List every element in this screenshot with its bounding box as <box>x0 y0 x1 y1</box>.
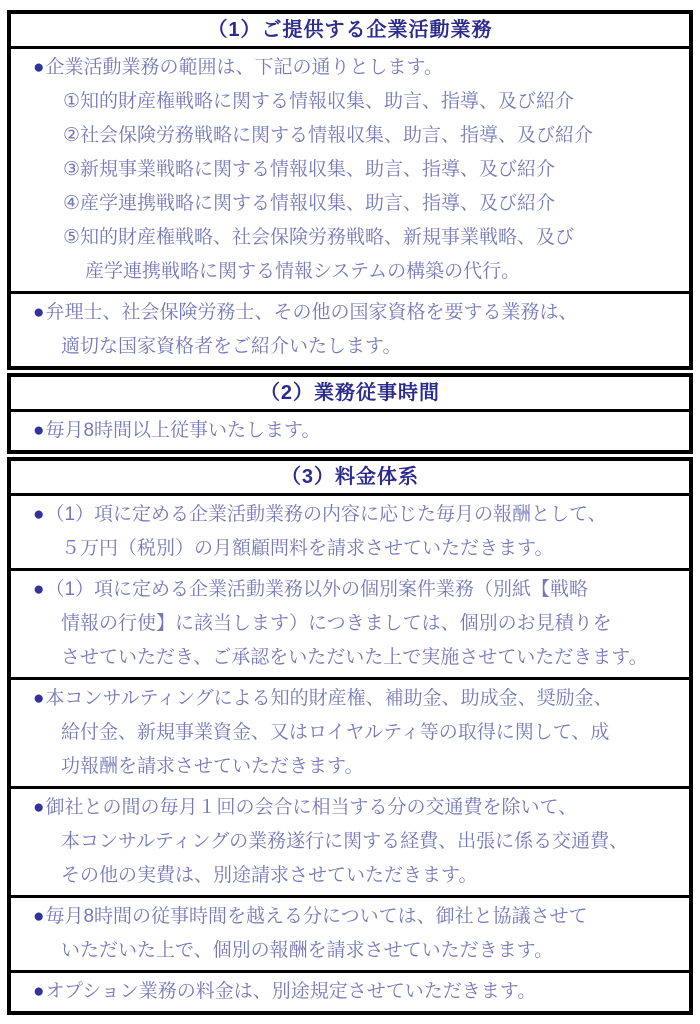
bullet-icon: ● <box>33 981 44 1002</box>
line-text: ①知的財産権戦略に関する情報収集、助言、指導、及び紹介 <box>63 91 574 112</box>
text-line: 情報の行使】に該当します）につきましては、個別のお見積りを <box>11 607 689 641</box>
section-header: （2）業務従事時間 <box>11 377 689 412</box>
line-text: その他の実費は、別途請求させていただきます。 <box>61 865 477 886</box>
section-table-1: （1）ご提供する企業活動業務●企業活動業務の範囲は、下記の通りとします。①知的財… <box>7 10 693 370</box>
bullet-icon: ● <box>33 504 44 525</box>
text-line: 本コンサルティングの業務遂行に関する経費、出張に係る交通費、 <box>11 825 689 859</box>
line-text: 本コンサルティングによる知的財産権、補助金、助成金、奨励金、 <box>45 688 612 709</box>
text-line: ●（1）項に定める企業活動業務以外の個別案件業務（別紙【戦略 <box>11 573 689 607</box>
line-text: 産学連携戦略に関する情報システムの構築の代行。 <box>85 261 520 282</box>
table-row: ●毎月8時間以上従事いたします。 <box>11 412 689 450</box>
line-text: 企業活動業務の範囲は、下記の通りとします。 <box>45 57 442 78</box>
text-line: ④産学連携戦略に関する情報収集、助言、指導、及び紹介 <box>11 187 689 221</box>
text-line: 給付金、新規事業資金、又はロイヤルティ等の取得に関して、成 <box>11 716 689 750</box>
bullet-icon: ● <box>33 57 44 78</box>
text-line: ●毎月8時間以上従事いたします。 <box>11 414 689 448</box>
text-line: その他の実費は、別途請求させていただきます。 <box>11 859 689 893</box>
text-line: ●本コンサルティングによる知的財産権、補助金、助成金、奨励金、 <box>11 682 689 716</box>
text-line: ●弁理士、社会保険労務士、その他の国家資格を要する業務は、 <box>11 296 689 330</box>
bullet-icon: ● <box>33 906 44 927</box>
document-tables: （1）ご提供する企業活動業務●企業活動業務の範囲は、下記の通りとします。①知的財… <box>7 10 693 1015</box>
text-line: ●毎月8時間の従事時間を越える分については、御社と協議させて <box>11 900 689 934</box>
table-row: ●企業活動業務の範囲は、下記の通りとします。①知的財産権戦略に関する情報収集、助… <box>11 49 689 294</box>
line-text: （1）項に定める企業活動業務の内容に応じた毎月の報酬として、 <box>45 504 606 525</box>
line-text: ⑤知的財産権戦略、社会保険労務戦略、新規事業戦略、及び <box>63 227 574 248</box>
line-text: 適切な国家資格者をご紹介いたします。 <box>61 336 401 357</box>
bullet-icon: ● <box>33 420 44 441</box>
text-line: ⑤知的財産権戦略、社会保険労務戦略、新規事業戦略、及び <box>11 221 689 255</box>
text-line: ①知的財産権戦略に関する情報収集、助言、指導、及び紹介 <box>11 85 689 119</box>
table-row: ●（1）項に定める企業活動業務の内容に応じた毎月の報酬として、５万円（税別）の月… <box>11 496 689 571</box>
table-row: ●毎月8時間の従事時間を越える分については、御社と協議させていただいた上で、個別… <box>11 898 689 973</box>
bullet-icon: ● <box>33 579 44 600</box>
text-line: 産学連携戦略に関する情報システムの構築の代行。 <box>11 255 689 289</box>
table-row: ●御社との間の毎月１回の会合に相当する分の交通費を除いて、本コンサルティングの業… <box>11 789 689 898</box>
text-line: 適切な国家資格者をご紹介いたします。 <box>11 330 689 364</box>
line-text: 功報酬を請求させていただきます。 <box>61 756 363 777</box>
line-text: ④産学連携戦略に関する情報収集、助言、指導、及び紹介 <box>63 193 555 214</box>
line-text: 毎月8時間の従事時間を越える分については、御社と協議させて <box>45 906 587 927</box>
text-line: ●企業活動業務の範囲は、下記の通りとします。 <box>11 51 689 85</box>
section-header: （1）ご提供する企業活動業務 <box>11 14 689 49</box>
table-row: ●本コンサルティングによる知的財産権、補助金、助成金、奨励金、給付金、新規事業資… <box>11 680 689 789</box>
bullet-icon: ● <box>33 302 44 323</box>
section-table-3: （3）料金体系●（1）項に定める企業活動業務の内容に応じた毎月の報酬として、５万… <box>7 457 693 1015</box>
line-text: 給付金、新規事業資金、又はロイヤルティ等の取得に関して、成 <box>61 722 609 743</box>
line-text: 本コンサルティングの業務遂行に関する経費、出張に係る交通費、 <box>61 831 628 852</box>
text-line: ③新規事業戦略に関する情報収集、助言、指導、及び紹介 <box>11 153 689 187</box>
bullet-icon: ● <box>33 688 44 709</box>
line-text: 情報の行使】に該当します）につきましては、個別のお見積りを <box>61 613 612 634</box>
text-line: ●オプション業務の料金は、別途規定させていただきます。 <box>11 975 689 1009</box>
text-line: ●（1）項に定める企業活動業務の内容に応じた毎月の報酬として、 <box>11 498 689 532</box>
line-text: （1）項に定める企業活動業務以外の個別案件業務（別紙【戦略 <box>45 579 588 600</box>
line-text: いただいた上で、個別の報酬を請求させていただきます。 <box>61 940 553 961</box>
text-line: ●御社との間の毎月１回の会合に相当する分の交通費を除いて、 <box>11 791 689 825</box>
line-text: 毎月8時間以上従事いたします。 <box>45 420 320 441</box>
line-text: ③新規事業戦略に関する情報収集、助言、指導、及び紹介 <box>63 159 555 180</box>
table-row: ●オプション業務の料金は、別途規定させていただきます。 <box>11 973 689 1011</box>
line-text: 御社との間の毎月１回の会合に相当する分の交通費を除いて、 <box>45 797 577 818</box>
table-row: ●弁理士、社会保険労務士、その他の国家資格を要する業務は、適切な国家資格者をご紹… <box>11 294 689 366</box>
section-table-2: （2）業務従事時間●毎月8時間以上従事いたします。 <box>7 373 693 454</box>
line-text: オプション業務の料金は、別途規定させていただきます。 <box>45 981 536 1002</box>
text-line: 功報酬を請求させていただきます。 <box>11 750 689 784</box>
line-text: させていただき、ご承認をいただいた上で実施させていただきます。 <box>61 647 648 668</box>
line-text: ５万円（税別）の月額顧問料を請求させていただきます。 <box>61 538 553 559</box>
line-text: 弁理士、社会保険労務士、その他の国家資格を要する業務は、 <box>45 302 577 323</box>
text-line: いただいた上で、個別の報酬を請求させていただきます。 <box>11 934 689 968</box>
text-line: ②社会保険労務戦略に関する情報収集、助言、指導、及び紹介 <box>11 119 689 153</box>
bullet-icon: ● <box>33 797 44 818</box>
text-line: ５万円（税別）の月額顧問料を請求させていただきます。 <box>11 532 689 566</box>
section-header: （3）料金体系 <box>11 461 689 496</box>
text-line: させていただき、ご承認をいただいた上で実施させていただきます。 <box>11 641 689 675</box>
table-row: ●（1）項に定める企業活動業務以外の個別案件業務（別紙【戦略情報の行使】に該当し… <box>11 571 689 680</box>
line-text: ②社会保険労務戦略に関する情報収集、助言、指導、及び紹介 <box>63 125 593 146</box>
document-page: （1）ご提供する企業活動業務●企業活動業務の範囲は、下記の通りとします。①知的財… <box>0 0 700 1015</box>
